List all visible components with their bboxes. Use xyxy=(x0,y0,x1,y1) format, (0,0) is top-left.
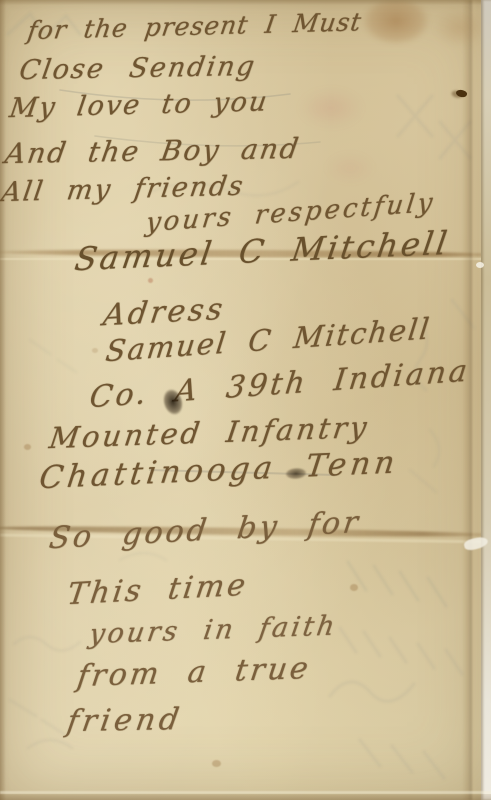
pink-smudge xyxy=(288,82,374,134)
paper-edge-right xyxy=(481,0,491,800)
paper-edge-top xyxy=(0,0,491,5)
foxing-spot xyxy=(148,278,153,283)
vertical-fold-line xyxy=(462,0,478,800)
letter-line-17: friend xyxy=(64,702,185,739)
letter-line-2: Close Sending xyxy=(17,51,258,86)
pink-smudge-2 xyxy=(318,148,382,188)
foxing-spot xyxy=(92,348,98,353)
paper-edge-left xyxy=(0,0,6,800)
foxing-spot xyxy=(24,444,31,450)
letter-line-5: All my friends xyxy=(0,171,247,208)
letter-page: for the present I Must Close Sending My … xyxy=(0,0,491,800)
paper-glint xyxy=(476,262,484,268)
foxing-spot xyxy=(212,760,221,767)
letter-line-4: And the Boy and xyxy=(3,132,303,170)
paper-edge-bottom xyxy=(0,794,491,800)
foxing-spot xyxy=(350,584,358,591)
